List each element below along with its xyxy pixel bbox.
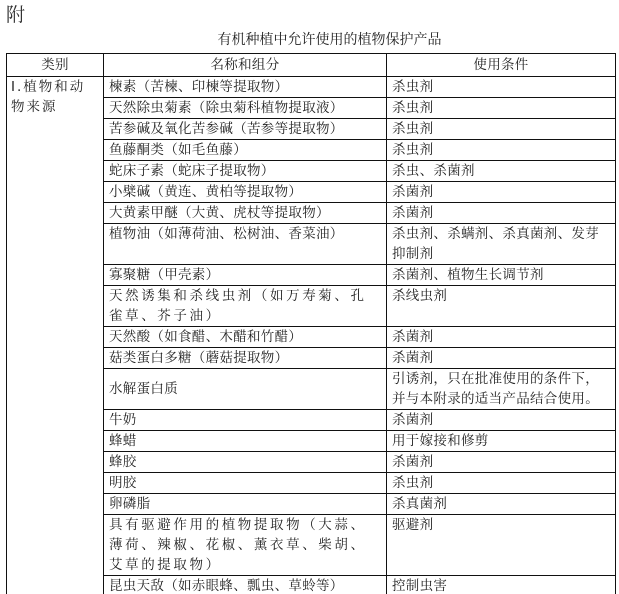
product-name: 楝素（苦楝、印楝等提取物） [104,77,387,98]
product-name: 明胶 [104,473,387,494]
product-name: 天然酸（如食醋、木醋和竹醋） [104,327,387,348]
usage-condition: 杀菌剂 [387,348,616,369]
appendix-mark: 附 [6,4,25,26]
table-header-row: 类别 名称和组分 使用条件 [7,54,616,77]
usage-condition: 驱避剂 [387,515,616,576]
usage-condition: 杀虫、杀菌剂 [387,161,616,182]
product-name: 植物油（如薄荷油、松树油、香菜油） [104,224,387,265]
product-name: 天然除虫菊素（除虫菊科植物提取液） [104,98,387,119]
header-name-and-components: 名称和组分 [104,54,387,77]
usage-condition: 杀虫剂 [387,98,616,119]
product-name: 蜂蜡 [104,431,387,452]
product-name: 蛇床子素（蛇床子提取物） [104,161,387,182]
plant-protection-products-table: 类别 名称和组分 使用条件 I.植物和动物来源 楝素（苦楝、印楝等提取物） 杀虫… [6,53,616,594]
usage-condition: 杀真菌剂 [387,494,616,515]
product-name: 具有驱避作用的植物提取物（大蒜、薄荷、辣椒、花椒、薰衣草、柴胡、艾草的提取物） [104,515,387,576]
product-name: 昆虫天敌（如赤眼蜂、瓢虫、草蛉等） [104,576,387,594]
category-cell: I.植物和动物来源 [7,77,104,594]
usage-condition: 杀菌剂 [387,452,616,473]
usage-condition: 杀虫剂 [387,77,616,98]
table-title: 有机种植中允许使用的植物保护产品 [0,31,619,49]
product-name: 蜂胶 [104,452,387,473]
product-name: 水解蛋白质 [104,369,387,410]
product-name: 寡聚糖（甲壳素） [104,265,387,286]
product-name: 鱼藤酮类（如毛鱼藤） [104,140,387,161]
product-name: 菇类蛋白多糖（蘑菇提取物） [104,348,387,369]
product-name: 苦参碱及氧化苦参碱（苦参等提取物） [104,119,387,140]
usage-condition: 用于嫁接和修剪 [387,431,616,452]
table-row: I.植物和动物来源 楝素（苦楝、印楝等提取物） 杀虫剂 [7,77,616,98]
product-name: 大黄素甲醚（大黄、虎杖等提取物） [104,203,387,224]
product-name: 小檗碱（黄连、黄柏等提取物） [104,182,387,203]
usage-condition: 引诱剂，只在批准使用的条件下，并与本附录的适当产品结合使用。 [387,369,616,410]
product-name: 天然诱集和杀线虫剂（如万寿菊、孔雀草、芥子油） [104,286,387,327]
product-name: 牛奶 [104,410,387,431]
product-name: 卵磷脂 [104,494,387,515]
usage-condition: 杀虫剂 [387,119,616,140]
usage-condition: 杀菌剂 [387,410,616,431]
usage-condition: 杀菌剂 [387,203,616,224]
usage-condition: 控制虫害 [387,576,616,594]
usage-condition: 杀虫剂 [387,140,616,161]
usage-condition: 杀虫剂 [387,473,616,494]
usage-condition: 杀线虫剂 [387,286,616,327]
header-category: 类别 [7,54,104,77]
usage-condition: 杀菌剂 [387,327,616,348]
header-usage-conditions: 使用条件 [387,54,616,77]
usage-condition: 杀虫剂、杀螨剂、杀真菌剂、发芽抑制剂 [387,224,616,265]
usage-condition: 杀菌剂、植物生长调节剂 [387,265,616,286]
usage-condition: 杀菌剂 [387,182,616,203]
